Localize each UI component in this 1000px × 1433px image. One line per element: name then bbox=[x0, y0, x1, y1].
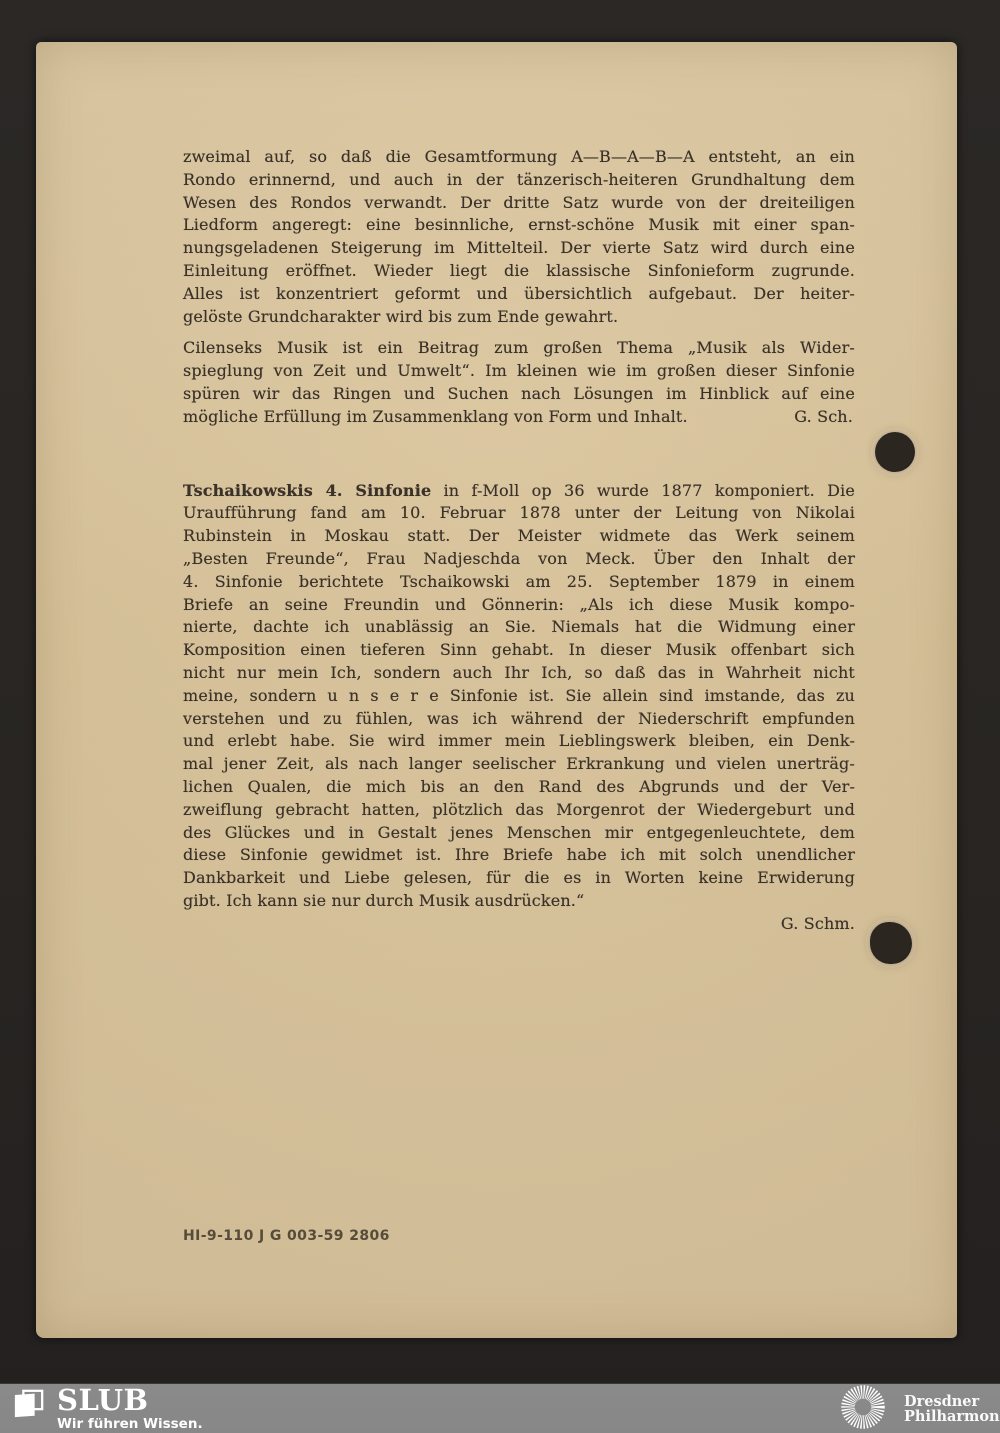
text-line: gibt. Ich kann sie nur durch Musik ausdr… bbox=[183, 890, 855, 913]
text-line: „Besten Freunde“, Frau Nadjeschda von Me… bbox=[183, 548, 855, 571]
text-line: Liedform angeregt: eine besinnliche, ern… bbox=[183, 214, 855, 237]
open-book-icon bbox=[13, 1388, 45, 1423]
print-code: HI-9-110 J G 003-59 2806 bbox=[183, 1228, 390, 1244]
paragraph-cilensek-summary: Cilenseks Musik ist ein Beitrag zum groß… bbox=[183, 337, 855, 428]
philharmonie-name-line1: Dresdner bbox=[904, 1394, 1000, 1410]
text-line: 4. Sinfonie berichtete Tschaikowski am 2… bbox=[183, 571, 855, 594]
paragraph-cilensek-form-description: zweimal auf, so daß die Gesamtformung A—… bbox=[183, 146, 855, 328]
text-line: und erlebt habe. Sie wird immer mein Lie… bbox=[183, 730, 855, 753]
text-line: meine, sondern u n s e r e Sinfonie ist.… bbox=[183, 685, 855, 708]
text-line: G. Schm. bbox=[183, 913, 855, 936]
text-line: zweimal auf, so daß die Gesamtformung A—… bbox=[183, 146, 855, 169]
text-line: Tschaikowskis 4. Sinfonie in f-Moll op 3… bbox=[183, 480, 855, 503]
text-line: gelöste Grundcharakter wird bis zum Ende… bbox=[183, 306, 855, 329]
punch-hole-bottom bbox=[870, 922, 912, 964]
text-line: Alles ist konzentriert geformt und übers… bbox=[183, 283, 855, 306]
text-line: nierte, dachte ich unablässig an Sie. Ni… bbox=[183, 616, 855, 639]
document-text: zweimal auf, so daß die Gesamtformung A—… bbox=[183, 146, 855, 936]
paragraph-tschaikowski-4-sinfonie: Tschaikowskis 4. Sinfonie in f-Moll op 3… bbox=[183, 480, 855, 936]
punch-hole-top bbox=[875, 432, 915, 472]
text-line: verstehen und zu fühlen, was ich während… bbox=[183, 708, 855, 731]
philharmonie-name-line2: Philharmonie bbox=[904, 1409, 1000, 1425]
text-line: nicht nur mein Ich, sondern auch Ihr Ich… bbox=[183, 662, 855, 685]
text-line: Briefe an seine Freundin und Gönnerin: „… bbox=[183, 594, 855, 617]
viewer-footer-bar: SLUB Wir führen Wissen. Dresdner Philhar… bbox=[0, 1383, 1000, 1433]
text-line: spüren wir das Ringen und Suchen nach Lö… bbox=[183, 383, 855, 406]
scanned-page: zweimal auf, so daß die Gesamtformung A—… bbox=[36, 42, 957, 1338]
text-line: Wesen des Rondos verwandt. Der dritte Sa… bbox=[183, 192, 855, 215]
text-line: Komposition einen tieferen Sinn gehabt. … bbox=[183, 639, 855, 662]
text-line: Uraufführung fand am 10. Februar 1878 un… bbox=[183, 502, 855, 525]
text-line: spieglung von Zeit und Umwelt“. Im klein… bbox=[183, 360, 855, 383]
text-line: Cilenseks Musik ist ein Beitrag zum groß… bbox=[183, 337, 855, 360]
text-line: Rondo erinnernd, und auch in der tänzeri… bbox=[183, 169, 855, 192]
text-line: Einleitung eröffnet. Wieder liegt die kl… bbox=[183, 260, 855, 283]
text-line: mögliche Erfüllung im Zusammenklang von … bbox=[183, 406, 855, 429]
text-line: diese Sinfonie gewidmet ist. Ihre Briefe… bbox=[183, 844, 855, 867]
text-line: nungsgeladenen Steigerung im Mittelteil.… bbox=[183, 237, 855, 260]
signature: G. Sch. bbox=[794, 406, 855, 429]
text-line: lichen Qualen, die mich bis an den Rand … bbox=[183, 776, 855, 799]
slub-logo[interactable]: SLUB Wir führen Wissen. bbox=[13, 1386, 203, 1432]
text-line: Rubinstein in Moskau statt. Der Meister … bbox=[183, 525, 855, 548]
text-line: mal jener Zeit, als nach langer seelisch… bbox=[183, 753, 855, 776]
text-line: Dankbarkeit und Liebe gelesen, für die e… bbox=[183, 867, 855, 890]
slub-tagline: Wir führen Wissen. bbox=[57, 1416, 203, 1432]
starburst-icon bbox=[839, 1383, 887, 1433]
text-line: zweiflung gebracht hatten, plötzlich das… bbox=[183, 799, 855, 822]
text-line: des Glückes und in Gestalt jenes Mensche… bbox=[183, 822, 855, 845]
slub-wordmark: SLUB bbox=[57, 1386, 203, 1415]
dresdner-philharmonie-logo[interactable]: Dresdner Philharmonie bbox=[839, 1384, 1000, 1433]
